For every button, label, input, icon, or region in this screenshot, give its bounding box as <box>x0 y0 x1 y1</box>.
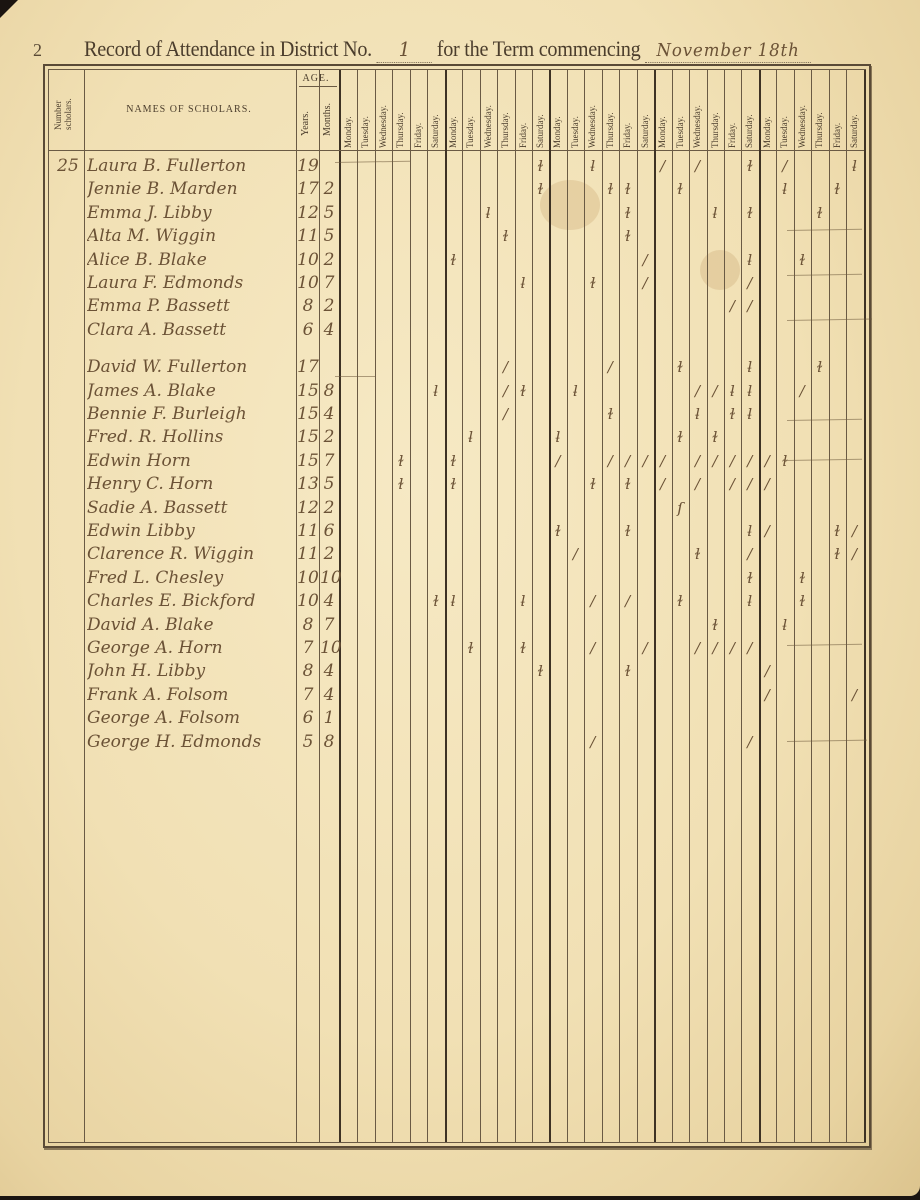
day-header: Wednesday. <box>797 105 807 148</box>
scholar-age-years: 17 <box>297 179 319 199</box>
day-header: Saturday. <box>849 114 859 148</box>
scholar-name: Clara A. Bassett <box>87 320 297 340</box>
title-middle: for the Term commencing <box>437 36 641 61</box>
scholar-name: George H. Edmonds <box>87 732 297 752</box>
attendance-mark: / <box>724 297 741 315</box>
age-header: AGE. <box>295 73 337 84</box>
scholar-age-months: 2 <box>320 250 338 270</box>
years-header: Years. <box>300 111 311 136</box>
scholar-age-years: 8 <box>297 661 319 681</box>
attendance-mark: ɫ <box>741 569 758 587</box>
title-prefix: Record of Attendance in District No. <box>84 36 372 61</box>
attendance-mark: ɫ <box>619 180 636 198</box>
attendance-mark: / <box>602 452 619 470</box>
attendance-mark: ƚ <box>741 522 758 540</box>
scholar-age-years: 17 <box>297 357 319 377</box>
day-header: Tuesday. <box>779 116 789 148</box>
district-number-field: 1 <box>377 36 432 63</box>
attendance-mark: / <box>654 475 671 493</box>
attendance-mark: ɫ <box>619 227 636 245</box>
day-header: Friday. <box>413 123 423 148</box>
scholar-name: Charles E. Bickford <box>87 591 297 611</box>
attendance-mark: / <box>689 452 706 470</box>
attendance-mark: ƚ <box>776 180 793 198</box>
attendance-mark: ɫ <box>741 204 758 222</box>
attendance-mark: / <box>654 452 671 470</box>
scholar-name: George A. Horn <box>87 638 297 658</box>
attendance-mark: / <box>689 475 706 493</box>
scholar-row: Jennie B. Marden172 <box>49 179 865 203</box>
attendance-mark: ɫ <box>724 405 741 423</box>
scholar-age-years: 13 <box>297 474 319 494</box>
attendance-mark: / <box>724 475 741 493</box>
day-header: Thursday. <box>395 112 405 148</box>
scholar-row: George A. Folsom61 <box>49 708 865 732</box>
attendance-mark: / <box>497 358 514 376</box>
scholar-age-months: 10 <box>320 568 338 588</box>
scholar-age-months: 8 <box>320 381 338 401</box>
attendance-mark: / <box>759 475 776 493</box>
day-header: Monday. <box>448 116 458 148</box>
scholar-age-years: 10 <box>297 568 319 588</box>
attendance-mark: ƚ <box>445 592 462 610</box>
attendance-mark: / <box>637 251 654 269</box>
attendance-mark: / <box>602 358 619 376</box>
attendance-mark: / <box>741 639 758 657</box>
attendance-mark: / <box>637 452 654 470</box>
scholar-name: Edwin Libby <box>87 521 297 541</box>
attendance-mark: ɫ <box>532 180 549 198</box>
attendance-table: Number scholars. NAMES OF SCHOLARS. AGE.… <box>43 64 871 1148</box>
scholar-age-months: 5 <box>320 226 338 246</box>
scholar-age-years: 15 <box>297 427 319 447</box>
attendance-mark: / <box>707 382 724 400</box>
attendance-mark: / <box>637 639 654 657</box>
scholar-name: Clarence R. Wiggin <box>87 544 297 564</box>
day-header: Saturday. <box>640 114 650 148</box>
day-header: Monday. <box>657 116 667 148</box>
scholar-name: John H. Libby <box>87 661 297 681</box>
scholar-age-years: 15 <box>297 451 319 471</box>
attendance-mark: / <box>741 452 758 470</box>
attendance-mark: ɫ <box>794 569 811 587</box>
attendance-mark: / <box>741 274 758 292</box>
attendance-mark: / <box>637 274 654 292</box>
scholar-name: Bennie F. Burleigh <box>87 404 297 424</box>
day-header: Friday. <box>622 123 632 148</box>
attendance-mark: / <box>584 733 601 751</box>
attendance-mark: ɫ <box>811 358 828 376</box>
day-header: Tuesday. <box>465 116 475 148</box>
attendance-mark: ƚ <box>584 157 601 175</box>
attendance-mark: ɫ <box>619 204 636 222</box>
scholar-age-years: 7 <box>297 638 319 658</box>
scholar-age-years: 10 <box>297 591 319 611</box>
scholar-age-years: 6 <box>297 320 319 340</box>
attendance-mark: ɫ <box>794 592 811 610</box>
attendance-mark: / <box>846 686 863 704</box>
attendance-mark: / <box>689 639 706 657</box>
attendance-mark: / <box>654 157 671 175</box>
attendance-mark: / <box>759 686 776 704</box>
attendance-mark: / <box>584 639 601 657</box>
attendance-mark: / <box>846 545 863 563</box>
scholar-age-years: 10 <box>297 250 319 270</box>
scholar-age-months: 4 <box>320 404 338 424</box>
attendance-mark: ƚ <box>741 382 758 400</box>
day-header: Thursday. <box>605 112 615 148</box>
attendance-mark: / <box>724 452 741 470</box>
scholar-name: Edwin Horn <box>87 451 297 471</box>
scholar-name: Frank A. Folsom <box>87 685 297 705</box>
scholar-row: David A. Blake87 <box>49 615 865 639</box>
scholar-age-months: 2 <box>320 427 338 447</box>
scholar-age-years: 15 <box>297 404 319 424</box>
attendance-mark: ɫ <box>445 251 462 269</box>
attendance-mark: ƚ <box>480 204 497 222</box>
attendance-mark: ɫ <box>672 180 689 198</box>
scholar-age-months: 2 <box>320 296 338 316</box>
scholar-age-years: 11 <box>297 521 319 541</box>
day-header: Saturday. <box>535 114 545 148</box>
day-header: Thursday. <box>500 112 510 148</box>
attendance-mark: / <box>689 157 706 175</box>
scholar-age-years: 12 <box>297 203 319 223</box>
attendance-mark: ɫ <box>672 592 689 610</box>
attendance-mark: / <box>549 452 566 470</box>
scholar-age-months: 10 <box>320 638 338 658</box>
attendance-mark: ƚ <box>427 382 444 400</box>
day-header: Thursday. <box>814 112 824 148</box>
attendance-mark: ɫ <box>392 475 409 493</box>
attendance-mark: ɫ <box>497 227 514 245</box>
attendance-mark: / <box>846 522 863 540</box>
scholar-name: Fred L. Chesley <box>87 568 297 588</box>
day-header: Friday. <box>518 123 528 148</box>
attendance-mark: ɫ <box>515 639 532 657</box>
attendance-mark: ɫ <box>619 522 636 540</box>
scholar-name: Fred. R. Hollins <box>87 427 297 447</box>
attendance-mark: ɫ <box>689 545 706 563</box>
attendance-mark: / <box>741 297 758 315</box>
attendance-mark: ɫ <box>672 428 689 446</box>
attendance-mark: ɫ <box>532 662 549 680</box>
scholar-row: Fred. R. Hollins152 <box>49 427 865 451</box>
day-header: Saturday. <box>430 114 440 148</box>
day-header: Friday. <box>727 123 737 148</box>
scholar-row: Clara A. Bassett64 <box>49 320 865 344</box>
attendance-mark: ƚ <box>707 204 724 222</box>
attendance-mark: ɫ <box>829 545 846 563</box>
attendance-mark: ɫ <box>515 382 532 400</box>
attendance-mark: ɫ <box>549 522 566 540</box>
attendance-mark: ſ <box>672 499 689 517</box>
attendance-mark: ɫ <box>707 616 724 634</box>
months-header: Months. <box>322 103 333 136</box>
scholar-name: Sadie A. Bassett <box>87 498 297 518</box>
day-header: Saturday. <box>744 114 754 148</box>
attendance-mark: ƚ <box>515 274 532 292</box>
day-header: Friday. <box>832 123 842 148</box>
scholar-age-years: 8 <box>297 615 319 635</box>
scholar-age-years: 8 <box>297 296 319 316</box>
attendance-mark: ƚ <box>846 157 863 175</box>
page-corner <box>0 0 18 18</box>
page-title: Record of Attendance in District No. 1 f… <box>84 36 811 63</box>
attendance-mark: / <box>794 382 811 400</box>
day-header: Wednesday. <box>692 105 702 148</box>
attendance-mark: ƚ <box>549 428 566 446</box>
day-header: Wednesday. <box>483 105 493 148</box>
header-divider <box>49 150 865 151</box>
scholar-age-months: 8 <box>320 732 338 752</box>
scholar-age-months: 7 <box>320 615 338 635</box>
scholar-age-months: 6 <box>320 521 338 541</box>
age-divider <box>299 86 337 87</box>
scholar-row: John H. Libby84 <box>49 661 865 685</box>
attendance-mark: / <box>776 157 793 175</box>
scholar-age-years: 15 <box>297 381 319 401</box>
scholar-name: Emma J. Libby <box>87 203 297 223</box>
page-number: 2 <box>33 40 42 61</box>
scholar-row: Frank A. Folsom74 <box>49 685 865 709</box>
day-header: Tuesday. <box>570 116 580 148</box>
attendance-mark: ƚ <box>741 251 758 269</box>
scholar-age-years: 11 <box>297 226 319 246</box>
attendance-mark: ɫ <box>602 180 619 198</box>
attendance-mark: / <box>707 639 724 657</box>
pencil-line <box>335 376 375 377</box>
scholar-name: Alta M. Wiggin <box>87 226 297 246</box>
scholar-age-years: 6 <box>297 708 319 728</box>
scholar-name: David A. Blake <box>87 615 297 635</box>
attendance-mark: ƚ <box>741 405 758 423</box>
attendance-mark: ƚ <box>776 616 793 634</box>
scholar-age-months: 2 <box>320 498 338 518</box>
attendance-mark: ɫ <box>462 639 479 657</box>
attendance-mark: ƚ <box>462 428 479 446</box>
day-header: Monday. <box>552 116 562 148</box>
attendance-mark: / <box>759 662 776 680</box>
scholar-age-months: 7 <box>320 273 338 293</box>
attendance-mark: ɫ <box>672 358 689 376</box>
day-header: Tuesday. <box>675 116 685 148</box>
attendance-mark: / <box>741 733 758 751</box>
attendance-mark: ɫ <box>619 475 636 493</box>
scholar-name: Alice B. Blake <box>87 250 297 270</box>
scholar-age-months: 4 <box>320 591 338 611</box>
attendance-mark: ɫ <box>794 251 811 269</box>
scholar-name: James A. Blake <box>87 381 297 401</box>
attendance-mark: ɫ <box>584 475 601 493</box>
attendance-mark: / <box>584 592 601 610</box>
day-header: Monday. <box>343 116 353 148</box>
attendance-grid: Number scholars. NAMES OF SCHOLARS. AGE.… <box>48 69 866 1143</box>
scholar-age-years: 10 <box>297 273 319 293</box>
attendance-mark: ɫ <box>619 662 636 680</box>
names-header: NAMES OF SCHOLARS. <box>85 104 293 115</box>
scholar-age-months: 4 <box>320 320 338 340</box>
number-scholars-header: Number scholars. <box>53 80 73 130</box>
scholar-age-months: 2 <box>320 544 338 564</box>
attendance-mark: / <box>707 452 724 470</box>
attendance-mark: ɫ <box>445 475 462 493</box>
attendance-mark: / <box>567 545 584 563</box>
register-page: 2 Record of Attendance in District No. 1… <box>0 0 920 1196</box>
day-header: Monday. <box>762 116 772 148</box>
scholar-name: Laura F. Edmonds <box>87 273 297 293</box>
day-header: Wednesday. <box>378 105 388 148</box>
scholar-age-months: 2 <box>320 179 338 199</box>
attendance-mark: ƚ <box>741 592 758 610</box>
scholar-name: Jennie B. Marden <box>87 179 297 199</box>
scholar-age-months: 7 <box>320 451 338 471</box>
attendance-mark: / <box>759 522 776 540</box>
attendance-mark: / <box>741 475 758 493</box>
attendance-mark: ɫ <box>602 405 619 423</box>
scholar-name: Laura B. Fullerton <box>87 156 297 176</box>
scholar-name: David W. Fullerton <box>87 357 297 377</box>
attendance-mark: ƚ <box>567 382 584 400</box>
attendance-mark: / <box>619 452 636 470</box>
day-header: Tuesday. <box>360 116 370 148</box>
attendance-mark: / <box>497 405 514 423</box>
scholar-age-months: 4 <box>320 661 338 681</box>
attendance-mark: ɫ <box>829 522 846 540</box>
attendance-mark: / <box>497 382 514 400</box>
scholar-age-months: 5 <box>320 474 338 494</box>
attendance-mark: ɫ <box>532 157 549 175</box>
attendance-mark: ƚ <box>741 358 758 376</box>
attendance-mark: ɫ <box>741 157 758 175</box>
attendance-mark: ɫ <box>707 428 724 446</box>
attendance-mark: ɫ <box>829 180 846 198</box>
attendance-mark: / <box>689 382 706 400</box>
attendance-mark: ɫ <box>392 452 409 470</box>
scholar-row: Sadie A. Bassett122 <box>49 498 865 522</box>
attendance-mark: ɫ <box>584 274 601 292</box>
scholar-age-years: 19 <box>297 156 319 176</box>
attendance-mark: / <box>619 592 636 610</box>
scholar-age-years: 7 <box>297 685 319 705</box>
scholar-age-years: 12 <box>297 498 319 518</box>
attendance-mark: ƚ <box>689 405 706 423</box>
day-header: Thursday. <box>710 112 720 148</box>
attendance-mark: ɫ <box>445 452 462 470</box>
scholar-age-years: 11 <box>297 544 319 564</box>
attendance-mark: ɫ <box>811 204 828 222</box>
attendance-mark: ƚ <box>724 382 741 400</box>
term-start-field: November 18th <box>645 36 811 63</box>
scholar-age-months: 1 <box>320 708 338 728</box>
scholar-age-years: 5 <box>297 732 319 752</box>
attendance-mark: ƚ <box>515 592 532 610</box>
day-header: Wednesday. <box>587 105 597 148</box>
scholar-name: George A. Folsom <box>87 708 297 728</box>
scholar-count: 25 <box>51 156 85 176</box>
scholar-name: Emma P. Bassett <box>87 296 297 316</box>
scholar-name: Henry C. Horn <box>87 474 297 494</box>
attendance-mark: / <box>724 639 741 657</box>
attendance-mark: ɫ <box>427 592 444 610</box>
scholar-age-months: 5 <box>320 203 338 223</box>
scholar-row: Alta M. Wiggin115 <box>49 226 865 250</box>
attendance-mark: / <box>759 452 776 470</box>
attendance-mark: / <box>741 545 758 563</box>
scholar-age-months: 4 <box>320 685 338 705</box>
